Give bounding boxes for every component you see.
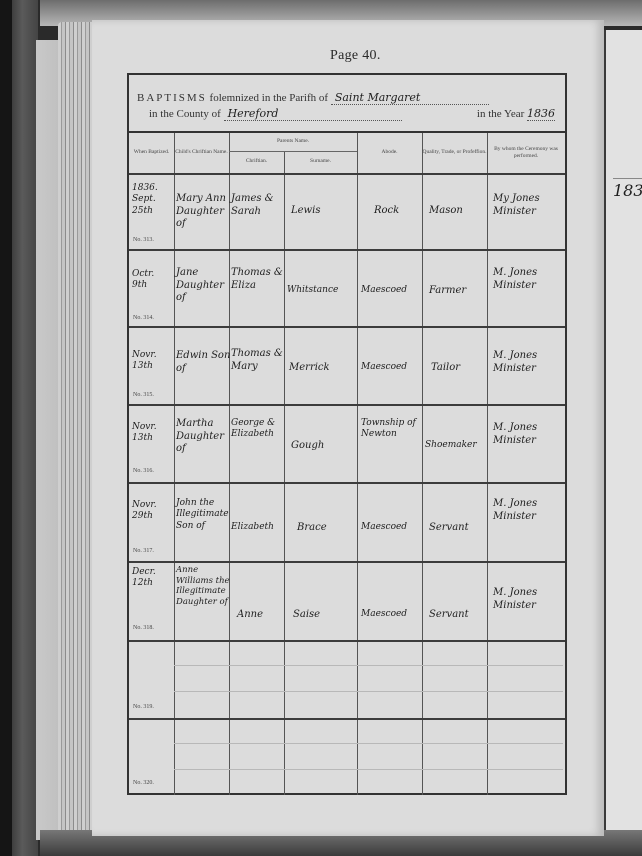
entry-surname: Gough (291, 440, 324, 453)
entry-when: Novr. 13th (132, 422, 172, 445)
entry-number: No. 320. (133, 780, 154, 786)
header-abode: Abode. (357, 133, 422, 173)
page-number: Page 40. (330, 48, 381, 64)
facing-page (604, 30, 642, 846)
register-entry: Octr. 9th Jane Daughter of Thomas & Eliz… (129, 249, 565, 326)
year-field: 1836 (527, 107, 555, 121)
title-text: folemnized in the Parifh of (210, 92, 329, 104)
entry-abode: Maescoed (361, 609, 407, 620)
entry-when: Novr. 29th (132, 500, 174, 523)
header-christian: Chriftian. (229, 151, 284, 173)
entry-number: No. 314. (133, 315, 154, 321)
baptism-register-form: BAPTISMS folemnized in the Parifh of Sai… (127, 73, 567, 795)
entry-quality: Farmer (429, 285, 466, 298)
book-spine (12, 0, 38, 856)
entry-quality: Shoemaker (425, 440, 477, 451)
entry-quality: Servant (429, 609, 469, 622)
entry-surname: Whitstance (287, 285, 338, 296)
entry-child: Martha Daughter of (176, 418, 231, 456)
entry-quality: Tailor (431, 362, 460, 375)
title-baptisms: BAPTISMS (137, 92, 207, 104)
entry-by-whom: M. Jones Minister (493, 422, 563, 447)
entry-parents-christian: James & Sarah (231, 193, 283, 218)
entry-when: Octr. 9th (132, 269, 172, 292)
year-label: in the Year (477, 108, 524, 120)
register-entry: Novr. 13th Edwin Son of Thomas & Mary Me… (129, 326, 565, 404)
register-entry-blank: No. 320. (129, 718, 565, 795)
entry-abode: Maescoed (361, 285, 407, 296)
county-field: Hereford (224, 107, 402, 121)
entry-abode: Maescoed (361, 522, 407, 533)
entry-number: No. 313. (133, 237, 154, 243)
entry-number: No. 317. (133, 548, 154, 554)
entry-abode: Township of Newton (361, 418, 423, 441)
register-entry-blank: No. 319. (129, 640, 565, 718)
entry-by-whom: My Jones Minister (493, 193, 563, 218)
entry-number: No. 316. (133, 468, 154, 474)
entry-by-whom: M. Jones Minister (493, 587, 563, 612)
book-cover (0, 0, 12, 856)
header-quality: Quality, Trade, or Profeffion. (422, 133, 487, 173)
entry-child: John the Illegitimate Son of (176, 498, 231, 532)
parish-field: Saint Margaret (331, 91, 489, 105)
header-ceremony-by: By whom the Ceremony was performed. (487, 133, 565, 173)
entry-parents-christian: Thomas & Mary (231, 348, 283, 373)
entry-quality: Servant (429, 522, 469, 535)
entry-number: No. 315. (133, 392, 154, 398)
facing-page-year: 1837 (613, 178, 642, 200)
entry-child: Anne Williams the Illegitimate Daughter … (176, 565, 231, 608)
register-entry: Novr. 29th John the Illegitimate Son of … (129, 482, 565, 561)
entry-parents-christian: Anne (237, 609, 263, 622)
entry-by-whom: M. Jones Minister (493, 498, 563, 523)
entry-surname: Saise (293, 609, 320, 622)
register-title: BAPTISMS folemnized in the Parifh of Sai… (129, 75, 565, 131)
register-entry: Novr. 13th Martha Daughter of George & E… (129, 404, 565, 482)
parents-divider (229, 151, 357, 152)
entry-child: Mary Ann Daughter of (176, 193, 231, 231)
header-surname: Surname. (284, 151, 357, 173)
entry-surname: Brace (297, 522, 327, 535)
county-label: in the County of (149, 108, 221, 120)
header-parents-name: Parents Name. (229, 133, 357, 151)
entry-parents-christian: George & Elizabeth (231, 418, 287, 441)
entry-when: Decr. 12th (132, 567, 172, 590)
entry-parents-christian: Thomas & Eliza (231, 267, 283, 292)
entry-when: Novr. 13th (132, 350, 172, 373)
entry-child: Jane Daughter of (176, 267, 231, 305)
entry-surname: Lewis (291, 205, 320, 218)
register-entry: 1836. Sept. 25th Mary Ann Daughter of Ja… (129, 173, 565, 249)
header-child-name: Child's Chriftian Name. (174, 133, 229, 173)
entry-child: Edwin Son of (176, 350, 231, 375)
entry-surname: Merrick (289, 362, 330, 375)
entry-by-whom: M. Jones Minister (493, 350, 563, 375)
header-when-baptized: When Baptized. (129, 133, 174, 173)
register-entry: Decr. 12th Anne Williams the Illegitimat… (129, 561, 565, 640)
entry-by-whom: M. Jones Minister (493, 267, 563, 292)
entry-number: No. 318. (133, 625, 154, 631)
register-table: When Baptized. Child's Chriftian Name. P… (129, 131, 565, 795)
entry-parents-christian: Elizabeth (231, 522, 287, 533)
entry-quality: Mason (429, 205, 463, 218)
entry-abode: Maescoed (361, 362, 407, 373)
entry-number: No. 319. (133, 704, 154, 710)
entry-when: 1836. Sept. 25th (132, 183, 172, 217)
entry-abode: Rock (374, 205, 399, 218)
